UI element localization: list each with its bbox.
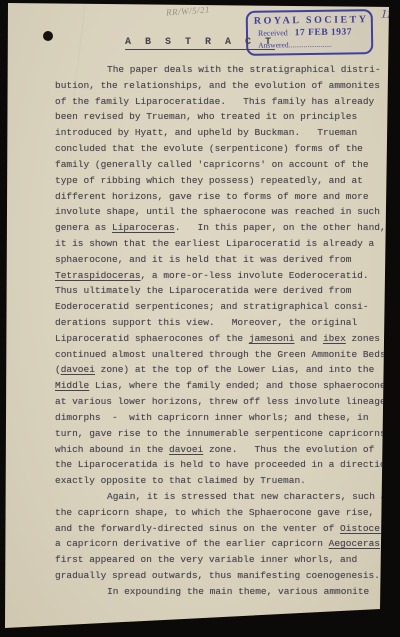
paper-sheet: RR/W/5/21 117 ROYAL SOCIETY Received17 F… <box>0 0 400 637</box>
typescript-text: sphaerocone, and it is held that it was … <box>55 254 351 265</box>
typescript-line: Tetraspidoceras, a more-or-less involute… <box>55 268 397 284</box>
typescript-text: In expounding the main theme, various am… <box>107 586 369 597</box>
typescript-text: at various lower horizons, threw off les… <box>55 396 400 407</box>
typescript-line: sphaerocone, and it is held that it was … <box>55 252 397 268</box>
typescript-line: it is shown that the earliest Liparocera… <box>55 236 397 252</box>
typescript-line: at various lower horizons, threw off les… <box>55 394 397 410</box>
handwritten-folio-number: 117 <box>380 6 398 22</box>
typescript-line: of the family Liparoceratidae. This fami… <box>55 94 397 110</box>
typescript-text: zones <box>346 333 380 344</box>
underlined-taxon-text: ibex <box>323 333 346 344</box>
typescript-text: first appeared on the very variable inne… <box>55 554 357 565</box>
typescript-line: and the forwardly-directed sinus on the … <box>55 521 397 537</box>
typescript-text: and the forwardly-directed sinus on the … <box>55 523 340 534</box>
typescript-text: Again, it is stressed that new character… <box>107 491 392 502</box>
typescript-text: Thus ultimately the Liparoceratida were … <box>55 285 351 296</box>
typescript-line: a capricorn derivative of the earlier ca… <box>55 536 397 552</box>
typescript-text: of the family Liparoceratidae. This fami… <box>55 96 374 107</box>
typescript-text: bution, the relationships, and the evolu… <box>55 80 380 91</box>
abstract-heading-text: A B S T R A C T <box>125 37 275 50</box>
stamp-title: ROYAL SOCIETY <box>254 14 365 27</box>
typescript-text: the Liparoceratida is held to have proce… <box>55 459 391 470</box>
typescript-text: turn, gave rise to the innumerable serpe… <box>55 428 386 439</box>
typescript-text: family (generally called 'capricorns' on… <box>55 159 369 170</box>
typescript-text: Eoderoceratid serpenticones; and stratig… <box>55 301 369 312</box>
typescript-text: , <box>380 538 386 549</box>
underlined-taxon-text: Oistoceras <box>340 523 397 534</box>
typescript-text: concluded that the evolute (serpenticone… <box>55 143 363 154</box>
typescript-line: In expounding the main theme, various am… <box>55 584 397 600</box>
typescript-line: which abound in the davoei zone. Thus th… <box>55 442 397 458</box>
typescript-line: the capricorn shape, to which the Sphaer… <box>55 505 397 521</box>
typescript-text: type of ribbing which they possess) repe… <box>55 175 363 186</box>
pencil-reference-annotation: RR/W/5/21 <box>166 4 211 17</box>
typescript-line: Thus ultimately the Liparoceratida were … <box>55 283 397 299</box>
typescript-text: zone) at the top of the Lower Lias, and … <box>95 364 374 375</box>
typescript-line: The paper deals with the stratigraphical… <box>55 62 397 78</box>
typescript-body: The paper deals with the stratigraphical… <box>55 62 397 600</box>
typescript-line: gradually spread outwards, thus manifest… <box>55 568 397 584</box>
typescript-text: been revised by Trueman, who treated it … <box>55 111 357 122</box>
underlined-taxon-text: Aegoceras <box>329 538 380 549</box>
typescript-line: the Liparoceratida is held to have proce… <box>55 457 397 473</box>
typescript-line: Liparoceratid sphaerocones of the jameso… <box>55 331 397 347</box>
typescript-text: it is shown that the earliest Liparocera… <box>55 238 374 249</box>
underlined-taxon-text: davoei <box>169 444 203 455</box>
typescript-line: Middle Lias, where the family ended; and… <box>55 378 397 394</box>
typescript-line: Again, it is stressed that new character… <box>55 489 397 505</box>
typescript-text: genera as <box>55 222 112 233</box>
typescript-line: (davoei zone) at the top of the Lower Li… <box>55 362 397 378</box>
typescript-line: been revised by Trueman, who treated it … <box>55 109 397 125</box>
typescript-text: and <box>294 333 323 344</box>
typescript-text: gradually spread outwards, thus manifest… <box>55 570 380 581</box>
typescript-text: dimorphs - with capricorn inner whorls; … <box>55 412 369 423</box>
typescript-text: involute shape, until the sphaerocone wa… <box>55 206 380 217</box>
typescript-text: introduced by Hyatt, and upheld by Buckm… <box>55 127 357 138</box>
typescript-line: type of ribbing which they possess) repe… <box>55 173 397 189</box>
scanned-page: RR/W/5/21 117 ROYAL SOCIETY Received17 F… <box>0 0 400 637</box>
typescript-text: , a more-or-less involute Eoderoceratid. <box>141 270 369 281</box>
underlined-taxon-text: Liparoceras <box>112 222 175 233</box>
typescript-line: bution, the relationships, and the evolu… <box>55 78 397 94</box>
typescript-text: The paper deals with the stratigraphical… <box>107 64 381 75</box>
typescript-line: involute shape, until the sphaerocone wa… <box>55 204 397 220</box>
typescript-text: the capricorn shape, to which the Sphaer… <box>55 507 374 518</box>
typescript-text: different horizons, gave rise to forms o… <box>55 191 369 202</box>
typescript-line: derations support this view. Moreover, t… <box>55 315 397 331</box>
typescript-line: family (generally called 'capricorns' on… <box>55 157 397 173</box>
typescript-text: which abound in the <box>55 444 169 455</box>
typescript-text: . In this paper, on the other hand, <box>175 222 386 233</box>
typescript-text: derations support this view. Moreover, t… <box>55 317 357 328</box>
typescript-line: exactly opposite to that claimed by True… <box>55 473 397 489</box>
typescript-line: Eoderoceratid serpenticones; and stratig… <box>55 299 397 315</box>
typescript-text: exactly opposite to that claimed by True… <box>55 475 306 486</box>
typescript-line: turn, gave rise to the innumerable serpe… <box>55 426 397 442</box>
abstract-heading: A B S T R A C T <box>0 37 400 48</box>
typescript-line: genera as Liparoceras. In this paper, on… <box>55 220 397 236</box>
typescript-text: zone. Thus the evolution of <box>203 444 374 455</box>
typescript-line: dimorphs - with capricorn inner whorls; … <box>55 410 397 426</box>
typescript-line: introduced by Hyatt, and upheld by Buckm… <box>55 125 397 141</box>
underlined-taxon-text: Tetraspidoceras <box>55 270 141 281</box>
typescript-line: continued almost unaltered through the G… <box>55 347 397 363</box>
underlined-taxon-text: jamesoni <box>249 333 295 344</box>
typescript-text: continued almost unaltered through the G… <box>55 349 386 360</box>
typescript-text: Lias, where the family ended; and those … <box>89 380 397 391</box>
typescript-text: a capricorn derivative of the earlier ca… <box>55 538 329 549</box>
typescript-line: different horizons, gave rise to forms o… <box>55 189 397 205</box>
typescript-text: Liparoceratid sphaerocones of the <box>55 333 249 344</box>
underlined-taxon-text: davoei <box>61 364 95 375</box>
typescript-line: first appeared on the very variable inne… <box>55 552 397 568</box>
underlined-taxon-text: Middle <box>55 380 89 391</box>
typescript-line: concluded that the evolute (serpenticone… <box>55 141 397 157</box>
